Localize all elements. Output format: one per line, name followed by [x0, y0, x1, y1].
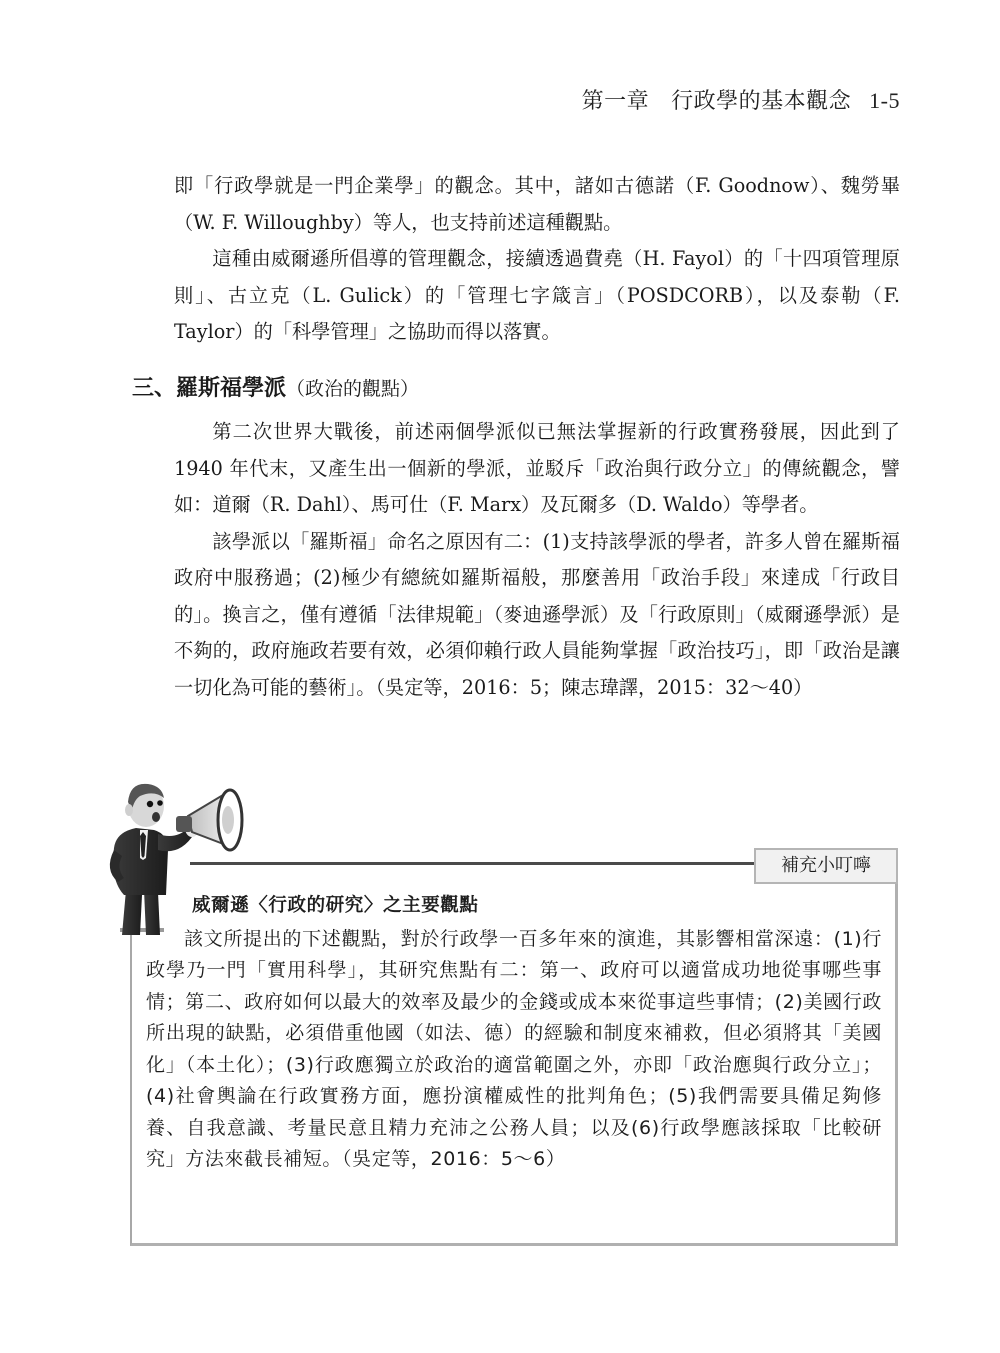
chapter-label: 第一章 — [582, 89, 650, 114]
section-body: 第二次世界大戰後，前述兩個學派似已無法掌握新的行政實務發展，因此到了 1940 … — [174, 414, 900, 706]
paragraph-continued: 即「行政學就是一門企業學」的觀念。其中，諸如古德諾（F. Goodnow）、魏勞… — [174, 168, 900, 241]
page-number: 1-5 — [869, 88, 900, 113]
chapter-title: 行政學的基本觀念 — [671, 89, 851, 114]
body-top: 即「行政學就是一門企業學」的觀念。其中，諸如古德諾（F. Goodnow）、魏勞… — [174, 168, 900, 351]
section-heading: 三、羅斯福學派（政治的觀點） — [132, 371, 419, 402]
callout-tab: 補充小叮嚀 — [754, 848, 898, 884]
paragraph: 第二次世界大戰後，前述兩個學派似已無法掌握新的行政實務發展，因此到了 1940 … — [174, 414, 900, 524]
businessman-with-megaphone-icon — [96, 770, 296, 940]
running-head: 第一章行政學的基本觀念1-5 — [582, 84, 900, 115]
paragraph: 該學派以「羅斯福」命名之原因有二：(1)支持該學派的學者，許多人曾在羅斯福政府中… — [174, 524, 900, 707]
section-title: 三、羅斯福學派 — [132, 376, 286, 401]
section-subtitle: （政治的觀點） — [286, 378, 419, 400]
paragraph: 這種由威爾遜所倡導的管理觀念，接續透過費堯（H. Fayol）的「十四項管理原則… — [174, 241, 900, 351]
callout-body: 該文所提出的下述觀點，對於行政學一百多年來的演進，其影響相當深遠：(1)行政學乃… — [146, 924, 882, 1176]
